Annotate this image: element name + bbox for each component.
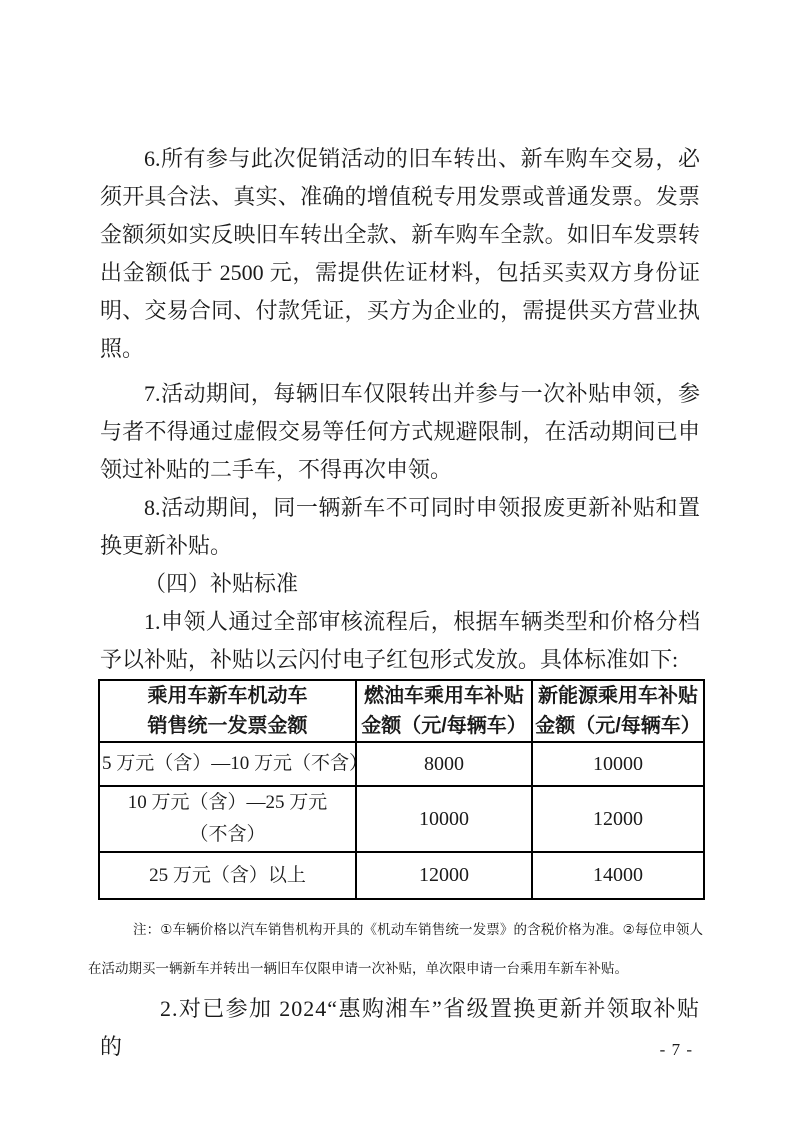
table-row: 5 万元（含）—10 万元（不含） 8000 10000	[99, 742, 704, 786]
header-nev-subsidy: 新能源乘用车补贴 金额（元/每辆车）	[532, 680, 704, 742]
paragraph-6: 6.所有参与此次促销活动的旧车转出、新车购车交易，必须开具合法、真实、准确的增值…	[100, 140, 700, 368]
subsidy-standard-table: 乘用车新车机动车 销售统一发票金额 燃油车乘用车补贴 金额（元/每辆车） 新能源…	[98, 679, 705, 900]
table-row: 10 万元（含）—25 万元 （不含） 10000 12000	[99, 786, 704, 852]
document-content: 6.所有参与此次促销活动的旧车转出、新车购车交易，必须开具合法、真实、准确的增值…	[100, 140, 700, 1066]
cell-price-range: 25 万元（含）以上	[99, 852, 356, 899]
header-fuel-subsidy: 燃油车乘用车补贴 金额（元/每辆车）	[356, 680, 532, 742]
paragraph-7: 7.活动期间，每辆旧车仅限转出并参与一次补贴申领，参与者不得通过虚假交易等任何方…	[100, 375, 700, 489]
paragraph-1: 1.申领人通过全部审核流程后，根据车辆类型和价格分档予以补贴，补贴以云闪付电子红…	[100, 603, 700, 679]
document-page: 6.所有参与此次促销活动的旧车转出、新车购车交易，必须开具合法、真实、准确的增值…	[0, 0, 793, 1122]
cell-fuel-amount: 8000	[356, 742, 532, 786]
cell-price-range: 5 万元（含）—10 万元（不含）	[99, 742, 356, 786]
cell-fuel-amount: 12000	[356, 852, 532, 899]
table-header-row: 乘用车新车机动车 销售统一发票金额 燃油车乘用车补贴 金额（元/每辆车） 新能源…	[99, 680, 704, 742]
cell-nev-amount: 14000	[532, 852, 704, 899]
cell-price-range: 10 万元（含）—25 万元 （不含）	[99, 786, 356, 852]
page-number: - 7 -	[660, 1040, 693, 1060]
header-invoice-amount: 乘用车新车机动车 销售统一发票金额	[99, 680, 356, 742]
cell-nev-amount: 10000	[532, 742, 704, 786]
table-footnote: 注：①车辆价格以汽车销售机构开具的《机动车销售统一发票》的含税价格为准。②每位申…	[88, 910, 703, 988]
paragraph-2: 2.对已参加 2024“惠购湘车”省级置换更新并领取补贴的	[100, 990, 700, 1066]
cell-fuel-amount: 10000	[356, 786, 532, 852]
section-heading-4: （四）补贴标准	[100, 565, 700, 603]
table-row: 25 万元（含）以上 12000 14000	[99, 852, 704, 899]
paragraph-8: 8.活动期间，同一辆新车不可同时申领报废更新补贴和置换更新补贴。	[100, 489, 700, 565]
cell-nev-amount: 12000	[532, 786, 704, 852]
